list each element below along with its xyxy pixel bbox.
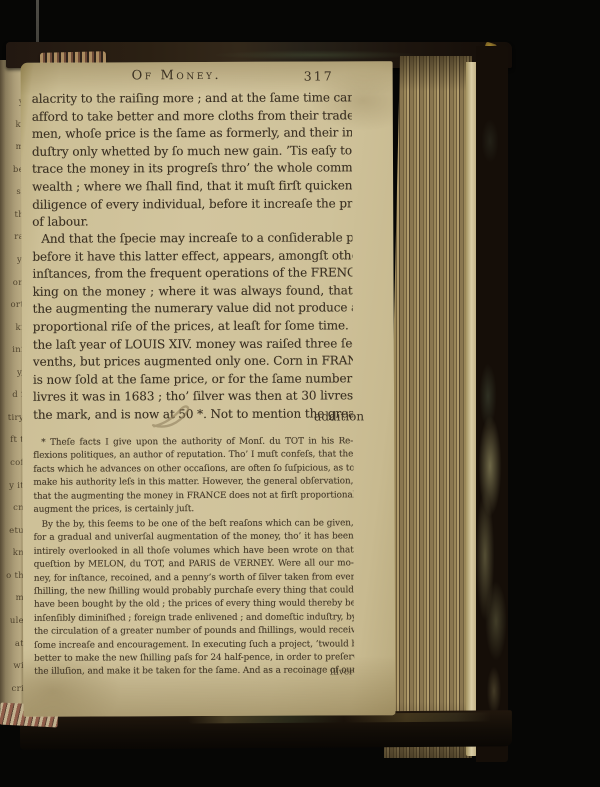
footnote-line: for a gradual and univerſal augmentation… xyxy=(34,531,354,546)
running-title: Of Money. xyxy=(132,68,222,83)
photo-backdrop: ykimbeslthray.onortkiiniy,d itiryft tcof… xyxy=(0,0,600,787)
footnote-line: ney, for inſtance, recoined, and a penny… xyxy=(34,571,354,586)
text-line: king on the money ; where it was always … xyxy=(33,282,353,301)
footnote-line: queſtion by MELON, du TOT, and PARIS de … xyxy=(34,558,354,573)
text-line: duſtry only whetted by ſo much new gain.… xyxy=(32,142,352,161)
footnote-line: * Theſe facts I give upon the authority … xyxy=(33,435,353,450)
footnote-line: the circulation of a greater number of p… xyxy=(34,625,354,640)
footnote-line: ſhilling, the new ſhilling would probabl… xyxy=(34,584,354,599)
paragraph-1: alacrity to the raiſing more ; and at th… xyxy=(32,89,353,231)
footnote-line: better to make the new ſhilling paſs for… xyxy=(34,651,354,666)
text-line: proportional riſe of the prices, at leaſ… xyxy=(33,317,353,336)
text-line: trace the money in its progreſs thro’ th… xyxy=(32,160,352,179)
footnote-line: make his authority leſs in this matter. … xyxy=(33,476,353,491)
catchword-silver: ſilver xyxy=(330,667,353,677)
gutter-text-fragment: cri xyxy=(12,685,24,694)
catchword-addition: addition xyxy=(314,409,364,423)
footnote-line: the illuſion, and make it be taken for t… xyxy=(34,665,354,680)
text-line: And that the ſpecie may increaſe to a co… xyxy=(32,229,352,248)
book-page: Of Money. 317 alacrity to the raiſing mo… xyxy=(21,61,396,717)
gutter-text-fragment: o th xyxy=(6,572,24,581)
ink-flourish xyxy=(148,402,206,432)
text-line: diligence of every individual, before it… xyxy=(32,195,352,214)
paragraph-2: And that the ſpecie may increaſe to a co… xyxy=(32,229,353,424)
footnote-line: By the by, this ſeems to be one of the b… xyxy=(34,517,354,532)
text-line: wealth ; where we ſhall find, that it mu… xyxy=(32,177,352,196)
text-line: men, whoſe price is the ſame as formerly… xyxy=(32,125,352,144)
footnote-line: inſenſibly diminiſhed ; foreign trade en… xyxy=(34,611,354,626)
footnote-line: intirely overlooked in all thoſe volumes… xyxy=(34,544,354,559)
text-line: before it have this latter effect, appea… xyxy=(32,247,352,266)
text-line: the augmenting the numerary value did no… xyxy=(33,300,353,319)
page-header: Of Money. 317 xyxy=(32,67,352,86)
text-line: inſtances, from the frequent operations … xyxy=(32,265,352,284)
text-line: the laſt year of LOUIS XIV. money was ra… xyxy=(33,335,353,354)
footnote-line: ſome increaſe and encouragement. In exec… xyxy=(34,638,354,653)
text-line: afford to take better and more cloths fr… xyxy=(32,107,352,126)
page-number: 317 xyxy=(304,68,334,83)
marbled-board-edge xyxy=(476,46,508,762)
footnote-1: * Theſe facts I give upon the authority … xyxy=(33,435,353,517)
footnote-line: have been bought by the old ; the prices… xyxy=(34,598,354,613)
text-line: is now ſold at the ſame price, or for th… xyxy=(33,370,353,389)
footnote-line: augment the prices, is certainly juſt. xyxy=(33,502,353,517)
footnote-2: By the by, this ſeems to be one of the b… xyxy=(34,517,355,679)
text-line: alacrity to the raiſing more ; and at th… xyxy=(32,89,352,108)
gutter-text-fragment: ule xyxy=(10,617,24,626)
footnote-line: facts which he advances on other occaſio… xyxy=(33,462,353,477)
page-block-fore-edge xyxy=(384,56,472,758)
text-line: venths, but prices augmented only one. C… xyxy=(33,353,353,372)
footnote-line: that the augmenting the money in FRANCE … xyxy=(33,489,353,504)
footnote-line: flexions politiques, an author of reputa… xyxy=(33,449,353,464)
